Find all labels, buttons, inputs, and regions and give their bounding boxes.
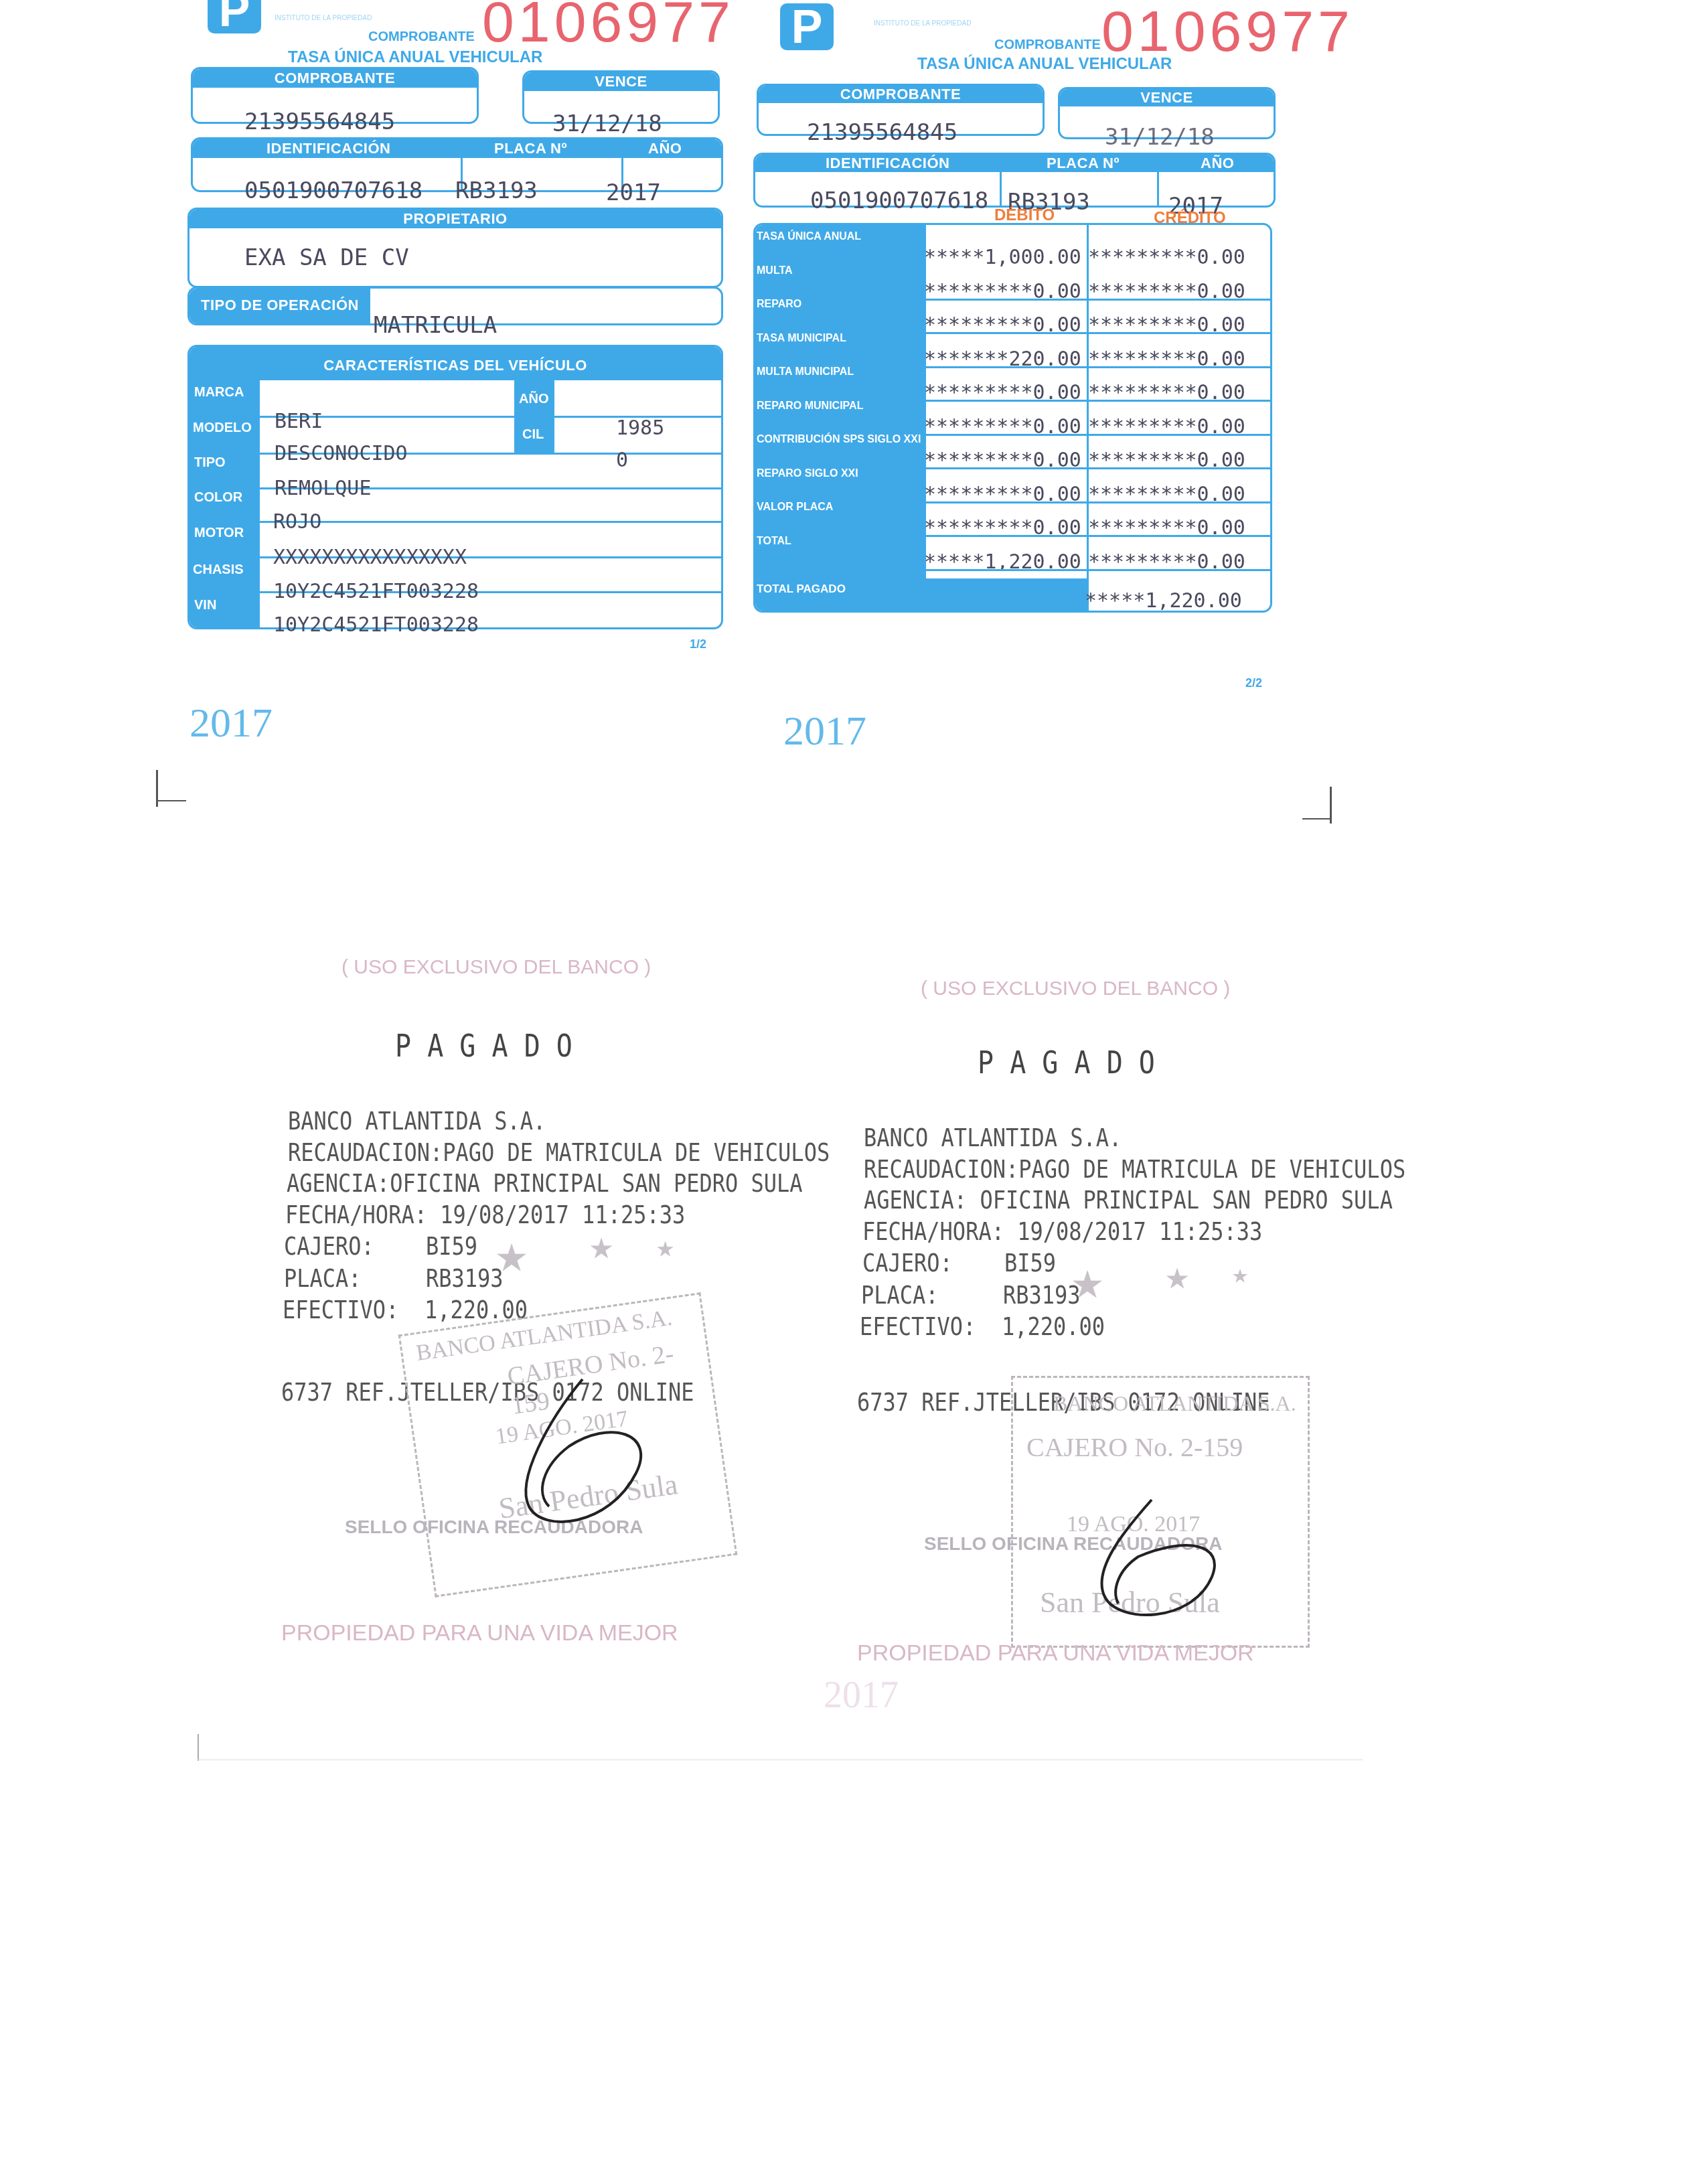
charge-label: CONTRIBUCIÓN SPS SIGLO XXI [757,434,921,446]
vin-label: VIN [194,598,216,613]
star-icon: ★ [656,1229,674,1264]
chasis-label: CHASIS [193,562,244,578]
bank-use-label: ( USO EXCLUSIVO DEL BANCO ) [921,978,1230,1000]
cil-value: 0 [616,449,628,472]
propietario-header: PROPIETARIO [189,210,721,228]
placa-header: PLACA Nº [494,139,567,158]
star-icon: ★ [1165,1252,1189,1299]
vence-value: 31/12/18 [1105,124,1215,151]
charge-label: TOTAL [757,536,791,548]
star-icon: ★ [589,1222,613,1269]
anio-veh-label: AÑO [519,392,548,407]
folio-number: 0106977 [482,0,735,56]
receipt-line: EFECTIVO: 1,220.00 [283,1295,528,1324]
charge-credito: *********0.00 [1088,246,1245,269]
total-pagado-value: *****1,220.00 [1085,589,1242,613]
page-indicator: 1/2 [690,637,706,651]
vence-header: VENCE [524,72,718,91]
vence-header: VENCE [1060,89,1274,106]
identificacion-value: 0501900707618 [244,177,423,204]
receipt-line: BANCO ATLANTIDA S.A. [288,1106,546,1136]
charge-label: REPARO SIGLO XXI [757,468,858,480]
identificacion-header-bar: IDENTIFICACIÓN PLACA Nº AÑO [193,139,721,158]
color-label: COLOR [194,490,242,505]
charge-debito: *****1,000.00 [924,246,1081,269]
receipt-2: P A G A D O BANCO ATLANTIDA S.A. RECAUDA… [857,1048,1366,1691]
star-icon: ★ [1232,1259,1248,1290]
institution-name: INSTITUTO DE LA PROPIEDAD [275,15,372,22]
tipo-value: REMOLQUE [275,477,372,500]
anio-veh-value: 1985 [616,416,664,440]
bank-use-label: ( USO EXCLUSIVO DEL BANCO ) [341,956,651,979]
receipt-line: EFECTIVO: 1,220.00 [860,1312,1105,1341]
form-title: TASA ÚNICA ANUAL VEHICULAR [288,48,542,67]
motor-value: XXXXXXXXXXXXXXXX [273,546,467,569]
comprobante-label: COMPROBANTE [994,37,1101,53]
cil-label: CIL [522,427,544,443]
receipt-line: CAJERO: BI59 [862,1248,1056,1277]
paid-status: P A G A D O [395,1029,572,1065]
star-icon: ★ [495,1222,528,1284]
tipo-operacion-label: TIPO DE OPERACIÓN [189,289,370,325]
institution-logo: P [208,0,261,33]
comprobante-value: 21395564845 [807,119,957,146]
motor-label: MOTOR [194,526,244,541]
charge-label: VALOR PLACA [757,501,833,514]
identificacion-header: IDENTIFICACIÓN [266,139,390,158]
anio-value: 2017 [606,179,661,206]
charge-label: MULTA [757,265,793,277]
anio-header: AÑO [1201,155,1234,172]
debito-header: DÉBITO [994,206,1055,225]
modelo-label: MODELO [193,420,252,436]
comprobante-header: COMPROBANTE [193,69,477,88]
receipt-1: P A G A D O BANCO ATLANTIDA S.A. RECAUDA… [281,1031,790,1647]
charge-label: REPARO MUNICIPAL [757,400,863,412]
modelo-value: DESCONOCIDO [275,442,408,465]
receipt-line: CAJERO: BI59 [284,1231,477,1261]
form-page-2: P INSTITUTO DE LA PROPIEDAD COMPROBANTE … [753,0,1289,696]
charge-label: MULTA MUNICIPAL [757,366,854,378]
comprobante-value: 21395564845 [244,108,395,135]
receipt-line: AGENCIA:OFICINA PRINCIPAL SAN PEDRO SULA [287,1168,803,1198]
institution-name: INSTITUTO DE LA PROPIEDAD [874,20,971,27]
slogan: PROPIEDAD PARA UNA VIDA MEJOR [857,1640,1254,1666]
receipt-line: AGENCIA: OFICINA PRINCIPAL SAN PEDRO SUL… [864,1185,1393,1215]
star-icon: ★ [1071,1249,1103,1311]
page-indicator: 2/2 [1245,676,1262,690]
anio-header: AÑO [648,139,682,158]
slogan: PROPIEDAD PARA UNA VIDA MEJOR [281,1620,678,1646]
identificacion-header: IDENTIFICACIÓN [826,155,949,172]
total-pagado-label: TOTAL PAGADO [757,582,846,596]
signature-icon [489,1373,663,1547]
institution-logo: P [780,3,834,50]
form-title: TASA ÚNICA ANUAL VEHICULAR [917,55,1172,74]
vin-value: 10Y2C4521FT003228 [273,613,479,637]
chasis-value: 10Y2C4521FT003228 [273,580,479,603]
comprobante-header: COMPROBANTE [759,86,1043,103]
form-page-1: P INSTITUTO DE LA PROPIEDAD COMPROBANTE … [187,0,723,670]
tipo-label: TIPO [194,455,226,471]
propietario-value: EXA SA DE CV [244,244,409,271]
receipt-line: RECAUDACION:PAGO DE MATRICULA DE VEHICUL… [288,1138,830,1167]
marca-label: MARCA [194,385,244,400]
identificacion-header-bar: IDENTIFICACIÓN PLACA Nº AÑO [755,155,1274,172]
receipt-line: FECHA/HORA: 19/08/2017 11:25:33 [862,1217,1262,1246]
year-mark-left: 2017 [189,700,273,747]
tipo-operacion-value: MATRICULA [374,312,497,339]
placa-value: RB3193 [455,177,538,204]
receipt-line: PLACA: RB3193 [284,1263,504,1293]
charge-label: TASA ÚNICA ANUAL [757,231,861,243]
caracteristicas-header: CARACTERÍSTICAS DEL VEHÍCULO [189,347,721,380]
vence-value: 31/12/18 [552,110,662,137]
receipt-line: BANCO ATLANTIDA S.A. [864,1123,1122,1152]
paid-status: P A G A D O [978,1046,1155,1081]
charge-label: TASA MUNICIPAL [757,333,846,345]
year-mark-right: 2017 [783,708,866,755]
placa-header: PLACA Nº [1047,155,1120,172]
year-mark-faint: 2017 [824,1674,899,1717]
receipt-line: PLACA: RB3193 [861,1280,1081,1310]
marca-value: BERI [275,410,323,433]
receipt-line: RECAUDACION:PAGO DE MATRICULA DE VEHICUL… [864,1154,1405,1184]
charge-label: REPARO [757,299,801,311]
signature-icon [1078,1496,1239,1630]
receipt-line: FECHA/HORA: 19/08/2017 11:25:33 [285,1200,685,1229]
comprobante-label: COMPROBANTE [368,29,475,45]
color-value: ROJO [273,510,321,534]
identificacion-value: 0501900707618 [810,187,988,214]
